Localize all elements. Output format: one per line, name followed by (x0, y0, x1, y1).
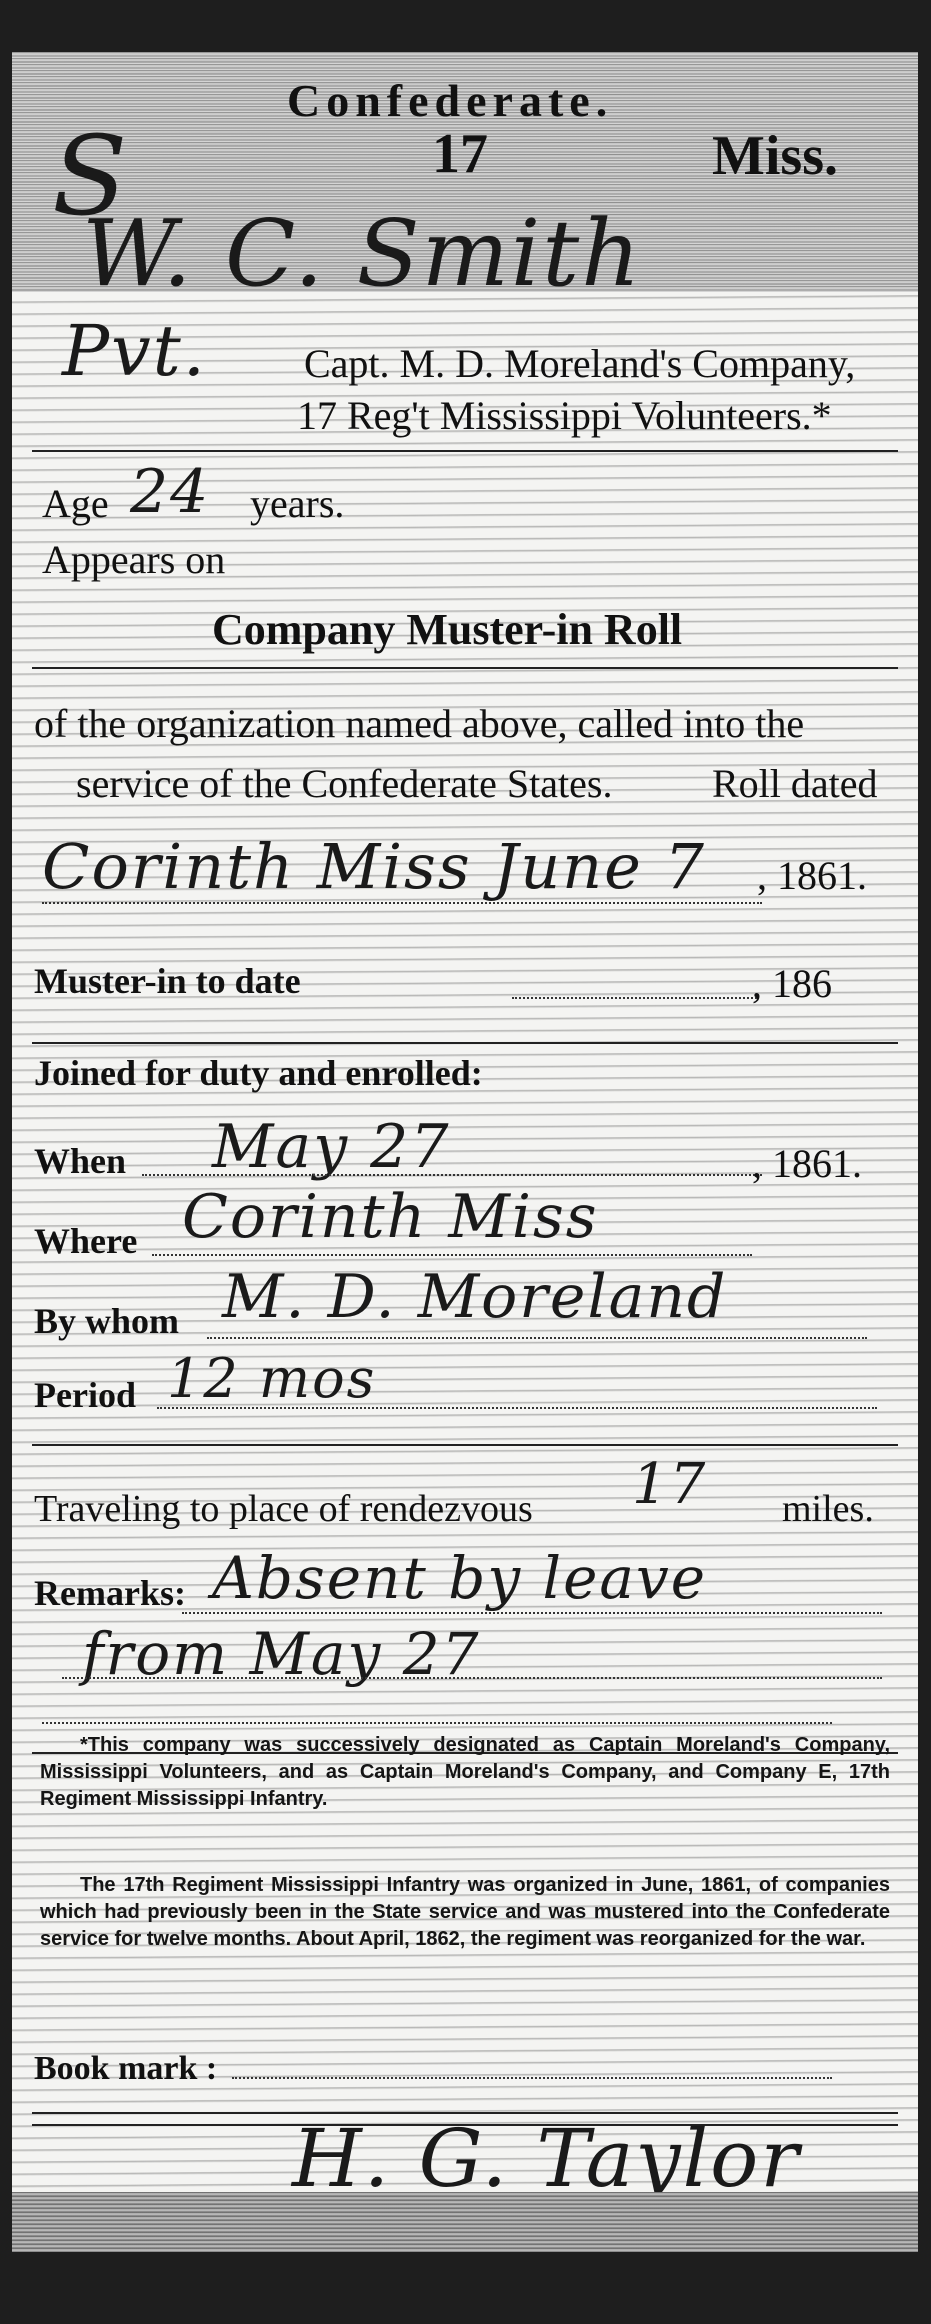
description-line-1: of the organization named above, called … (34, 700, 804, 747)
traveling-value: 17 (632, 1452, 707, 1517)
remarks-label: Remarks: (34, 1572, 186, 1614)
by-whom-label: By whom (34, 1300, 179, 1342)
when-value: May 27 (212, 1112, 451, 1182)
footnote-company-designation: *This company was successively designate… (40, 1732, 890, 1813)
header-label: Confederate. (287, 74, 613, 127)
book-mark-label: Book mark : (34, 2050, 217, 2088)
soldier-rank: Pvt. (62, 310, 207, 392)
age-label: Age (42, 480, 109, 527)
where-value: Corinth Miss (182, 1182, 599, 1252)
company-line: Capt. M. D. Moreland's Company, (304, 340, 855, 387)
roll-dated-value: Corinth Miss June 7 (42, 830, 706, 903)
muster-roll-card: S Confederate. 17 Miss. W. C. Smith Pvt.… (12, 52, 918, 2252)
roll-dated-label: Roll dated (712, 760, 878, 807)
regiment-number: 17 (432, 122, 488, 186)
joined-heading: Joined for duty and enrolled: (34, 1052, 483, 1094)
regiment-line: 17 Reg't Mississippi Volunteers.* (297, 392, 832, 439)
soldier-name: W. C. Smith (82, 200, 642, 307)
roll-dated-year: , 1861. (757, 852, 867, 899)
by-whom-value: M. D. Moreland (222, 1262, 727, 1332)
when-label: When (34, 1140, 126, 1182)
state-abbr: Miss. (712, 124, 838, 188)
age-unit: years. (250, 480, 344, 527)
age-value: 24 (130, 457, 210, 527)
traveling-unit: miles. (782, 1487, 874, 1531)
roll-type: Company Muster-in Roll (212, 604, 682, 655)
period-label: Period (34, 1374, 136, 1416)
footnote-regiment-history: The 17th Regiment Mississippi Infantry w… (40, 1872, 890, 1953)
where-label: Where (34, 1220, 137, 1262)
when-year: , 1861. (752, 1140, 862, 1187)
period-value: 12 mos (167, 1347, 376, 1410)
bottom-band (12, 2192, 918, 2252)
muster-year: , 186 (752, 960, 832, 1007)
description-line-2: service of the Confederate States. (76, 760, 612, 807)
muster-label: Muster-in to date (34, 960, 301, 1002)
traveling-label: Traveling to place of rendezvous (34, 1487, 533, 1531)
appears-on: Appears on (42, 536, 225, 583)
remarks-line-1: Absent by leave (212, 1544, 707, 1612)
